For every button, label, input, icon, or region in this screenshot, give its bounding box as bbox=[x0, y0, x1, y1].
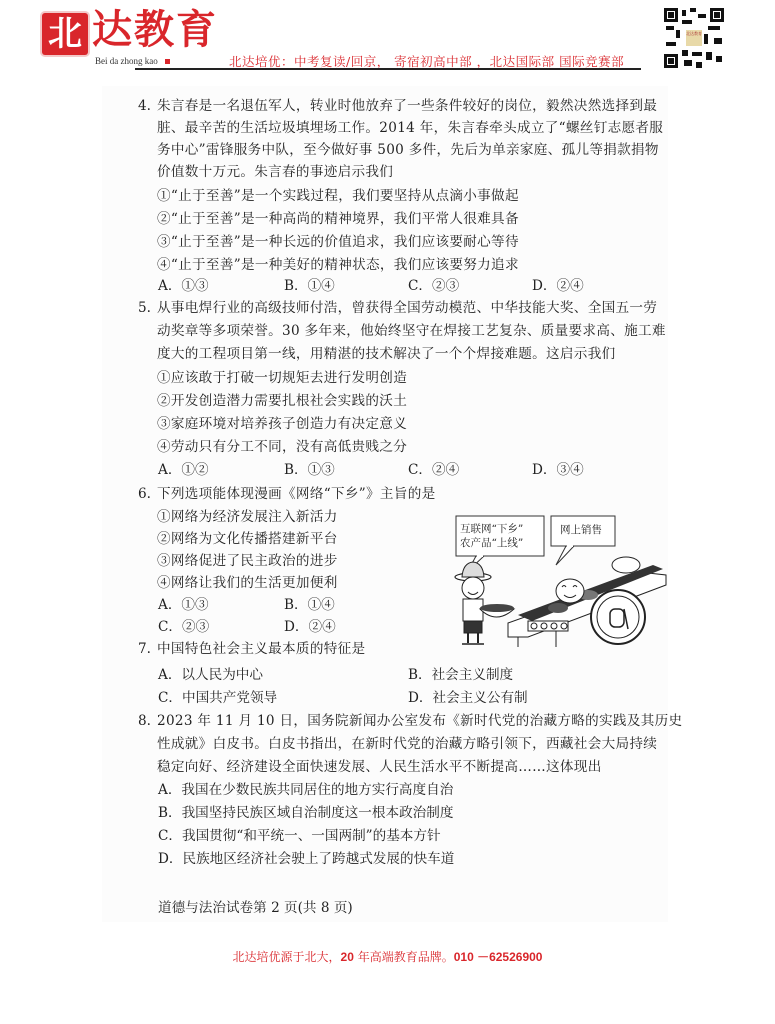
question-stem-line: 性成就》白皮书。白皮书指出，在新时代党的治藏方略引领下，西藏社会大局持续 bbox=[157, 736, 657, 752]
bottom-banner: 北达培优源于北大，20 年高端教育品牌。010 －62526900 bbox=[0, 948, 775, 965]
statement: ④“止于至善”是一种美好的精神状态，我们应该要努力追求 bbox=[157, 257, 519, 273]
answer-option-b: B．社会主义制度 bbox=[408, 667, 513, 683]
cartoon-caption-left: 互联网“下乡” 农产品“上线” bbox=[460, 522, 523, 550]
answer-option-a: A．①③ bbox=[158, 278, 209, 294]
qr-code-icon: 北达教育 bbox=[664, 8, 724, 68]
answer-option-a: A．①③ bbox=[158, 597, 209, 613]
logo-wordmark: 达教育 bbox=[92, 6, 218, 54]
answer-option-a: A．以人民为中心 bbox=[158, 667, 263, 683]
banner-text: 北达培优源于北大， bbox=[233, 950, 341, 964]
question-number: 7. bbox=[138, 641, 151, 657]
statement: ①应该敢于打破一切规矩去进行发明创造 bbox=[157, 370, 407, 386]
question-stem-line: 朱言春是一名退伍军人，转业时他放弃了一些条件较好的岗位，毅然决然选择到最 bbox=[157, 98, 657, 114]
question-stem-line: 务中心”雷锋服务中队，至今做好事 500 多件，先后为单亲家庭、孤儿等捐款捐物 bbox=[157, 142, 659, 158]
conveyor-belt-icon bbox=[508, 557, 666, 647]
statement: ②开发创造潜力需要扎根社会实践的沃土 bbox=[157, 393, 407, 409]
question-stem-line: 脏、最辛苦的生活垃圾填埋场工作。2014 年，朱言春牵头成立了“螺丝钉志愿者服 bbox=[157, 120, 663, 136]
question-stem-line: 稳定向好、经济建设全面快速发展、人民生活水平不断提高……这体现出 bbox=[157, 759, 602, 775]
answer-option-d: D．②④ bbox=[284, 619, 336, 635]
answer-option-a: A．①② bbox=[158, 462, 209, 478]
cartoon-caption-line: 农产品“上线” bbox=[460, 536, 523, 550]
answer-option-b: B．①③ bbox=[284, 462, 335, 478]
answer-option-c: C．中国共产党领导 bbox=[158, 690, 277, 706]
page-number-footer: 道德与法治试卷第 2 页(共 8 页) bbox=[158, 896, 353, 916]
smiling-character-icon bbox=[556, 579, 584, 603]
statement: ③网络促进了民主政治的进步 bbox=[157, 553, 338, 569]
question-stem-line: 下列选项能体现漫画《网络“下乡”》主旨的是 bbox=[157, 486, 435, 502]
question-stem-line: 度大的工程项目第一线，用精湛的技术解决了一个个焊接难题。这启示我们 bbox=[157, 346, 616, 362]
question-number: 5. bbox=[138, 300, 151, 316]
red-square-icon bbox=[165, 59, 170, 64]
header-divider bbox=[135, 68, 641, 70]
statement: ②网络为文化传播搭建新平台 bbox=[157, 531, 338, 547]
statement: ④劳动只有分工不同，没有高低贵贱之分 bbox=[157, 439, 407, 455]
answer-option-c: C．②④ bbox=[408, 462, 459, 478]
answer-option-b: B．①④ bbox=[284, 597, 335, 613]
answer-option-c: C．②③ bbox=[408, 278, 459, 294]
farmer-figure-icon bbox=[455, 562, 491, 644]
logo-subtitle: Bei da zhong kao bbox=[95, 56, 170, 66]
statement: ①“止于至善”是一个实践过程，我们要坚持从点滴小事做起 bbox=[157, 188, 519, 204]
cartoon-caption-line: 互联网“下乡” bbox=[460, 522, 523, 536]
question-stem-line: 价值数十万元。朱言春的事迹启示我们 bbox=[157, 164, 393, 180]
at-sign-icon bbox=[591, 590, 645, 644]
qr-center-logo: 北达教育 bbox=[686, 30, 702, 46]
cartoon-caption-right: 网上销售 bbox=[560, 523, 602, 537]
answer-option-b: B．①④ bbox=[284, 278, 335, 294]
banner-text: 年高端教育品牌。 bbox=[354, 950, 454, 964]
logo-mark: 北 bbox=[42, 13, 88, 55]
answer-option-c: C．我国贯彻“和平统一、一国两制”的基本方针 bbox=[158, 828, 441, 844]
answer-option-d: D．民族地区经济社会驶上了跨越式发展的快车道 bbox=[158, 851, 454, 867]
answer-option-b: B．我国坚持民族区域自治制度这一根本政治制度 bbox=[158, 805, 453, 821]
question-stem-line: 动奖章等多项荣誉。30 多年来，他始终坚守在焊接工艺复杂、质量要求高、施工难 bbox=[157, 323, 666, 339]
statement: ④网络让我们的生活更加便利 bbox=[157, 575, 338, 591]
statement: ③家庭环境对培养孩子创造力有决定意义 bbox=[157, 416, 407, 432]
question-stem-line: 2023 年 11 月 10 日，国务院新闻办公室发布《新时代党的治藏方略的实践… bbox=[157, 713, 682, 729]
statement: ①网络为经济发展注入新活力 bbox=[157, 509, 338, 525]
banner-years: 20 bbox=[341, 950, 354, 964]
question-stem-line: 从事电焊行业的高级技师付浩，曾获得全国劳动模范、中华技能大奖、全国五一劳 bbox=[157, 300, 657, 316]
logo-subtitle-text: Bei da zhong kao bbox=[95, 56, 158, 66]
answer-option-c: C．②③ bbox=[158, 619, 209, 635]
statement: ②“止于至善”是一种高尚的精神境界，我们平常人很难具备 bbox=[157, 211, 519, 227]
question-number: 6. bbox=[138, 486, 151, 502]
banner-phone: 010 －62526900 bbox=[454, 950, 543, 964]
question-number: 4. bbox=[138, 98, 151, 114]
answer-option-a: A．我国在少数民族共同居住的地方实行高度自治 bbox=[158, 782, 453, 798]
answer-option-d: D．社会主义公有制 bbox=[408, 690, 528, 706]
question-number: 8. bbox=[138, 713, 151, 729]
question-stem-line: 中国特色社会主义最本质的特征是 bbox=[157, 641, 365, 657]
statement: ③“止于至善”是一种长远的价值追求，我们应该要耐心等待 bbox=[157, 234, 519, 250]
answer-option-d: D．③④ bbox=[532, 462, 584, 478]
answer-option-d: D．②④ bbox=[532, 278, 584, 294]
